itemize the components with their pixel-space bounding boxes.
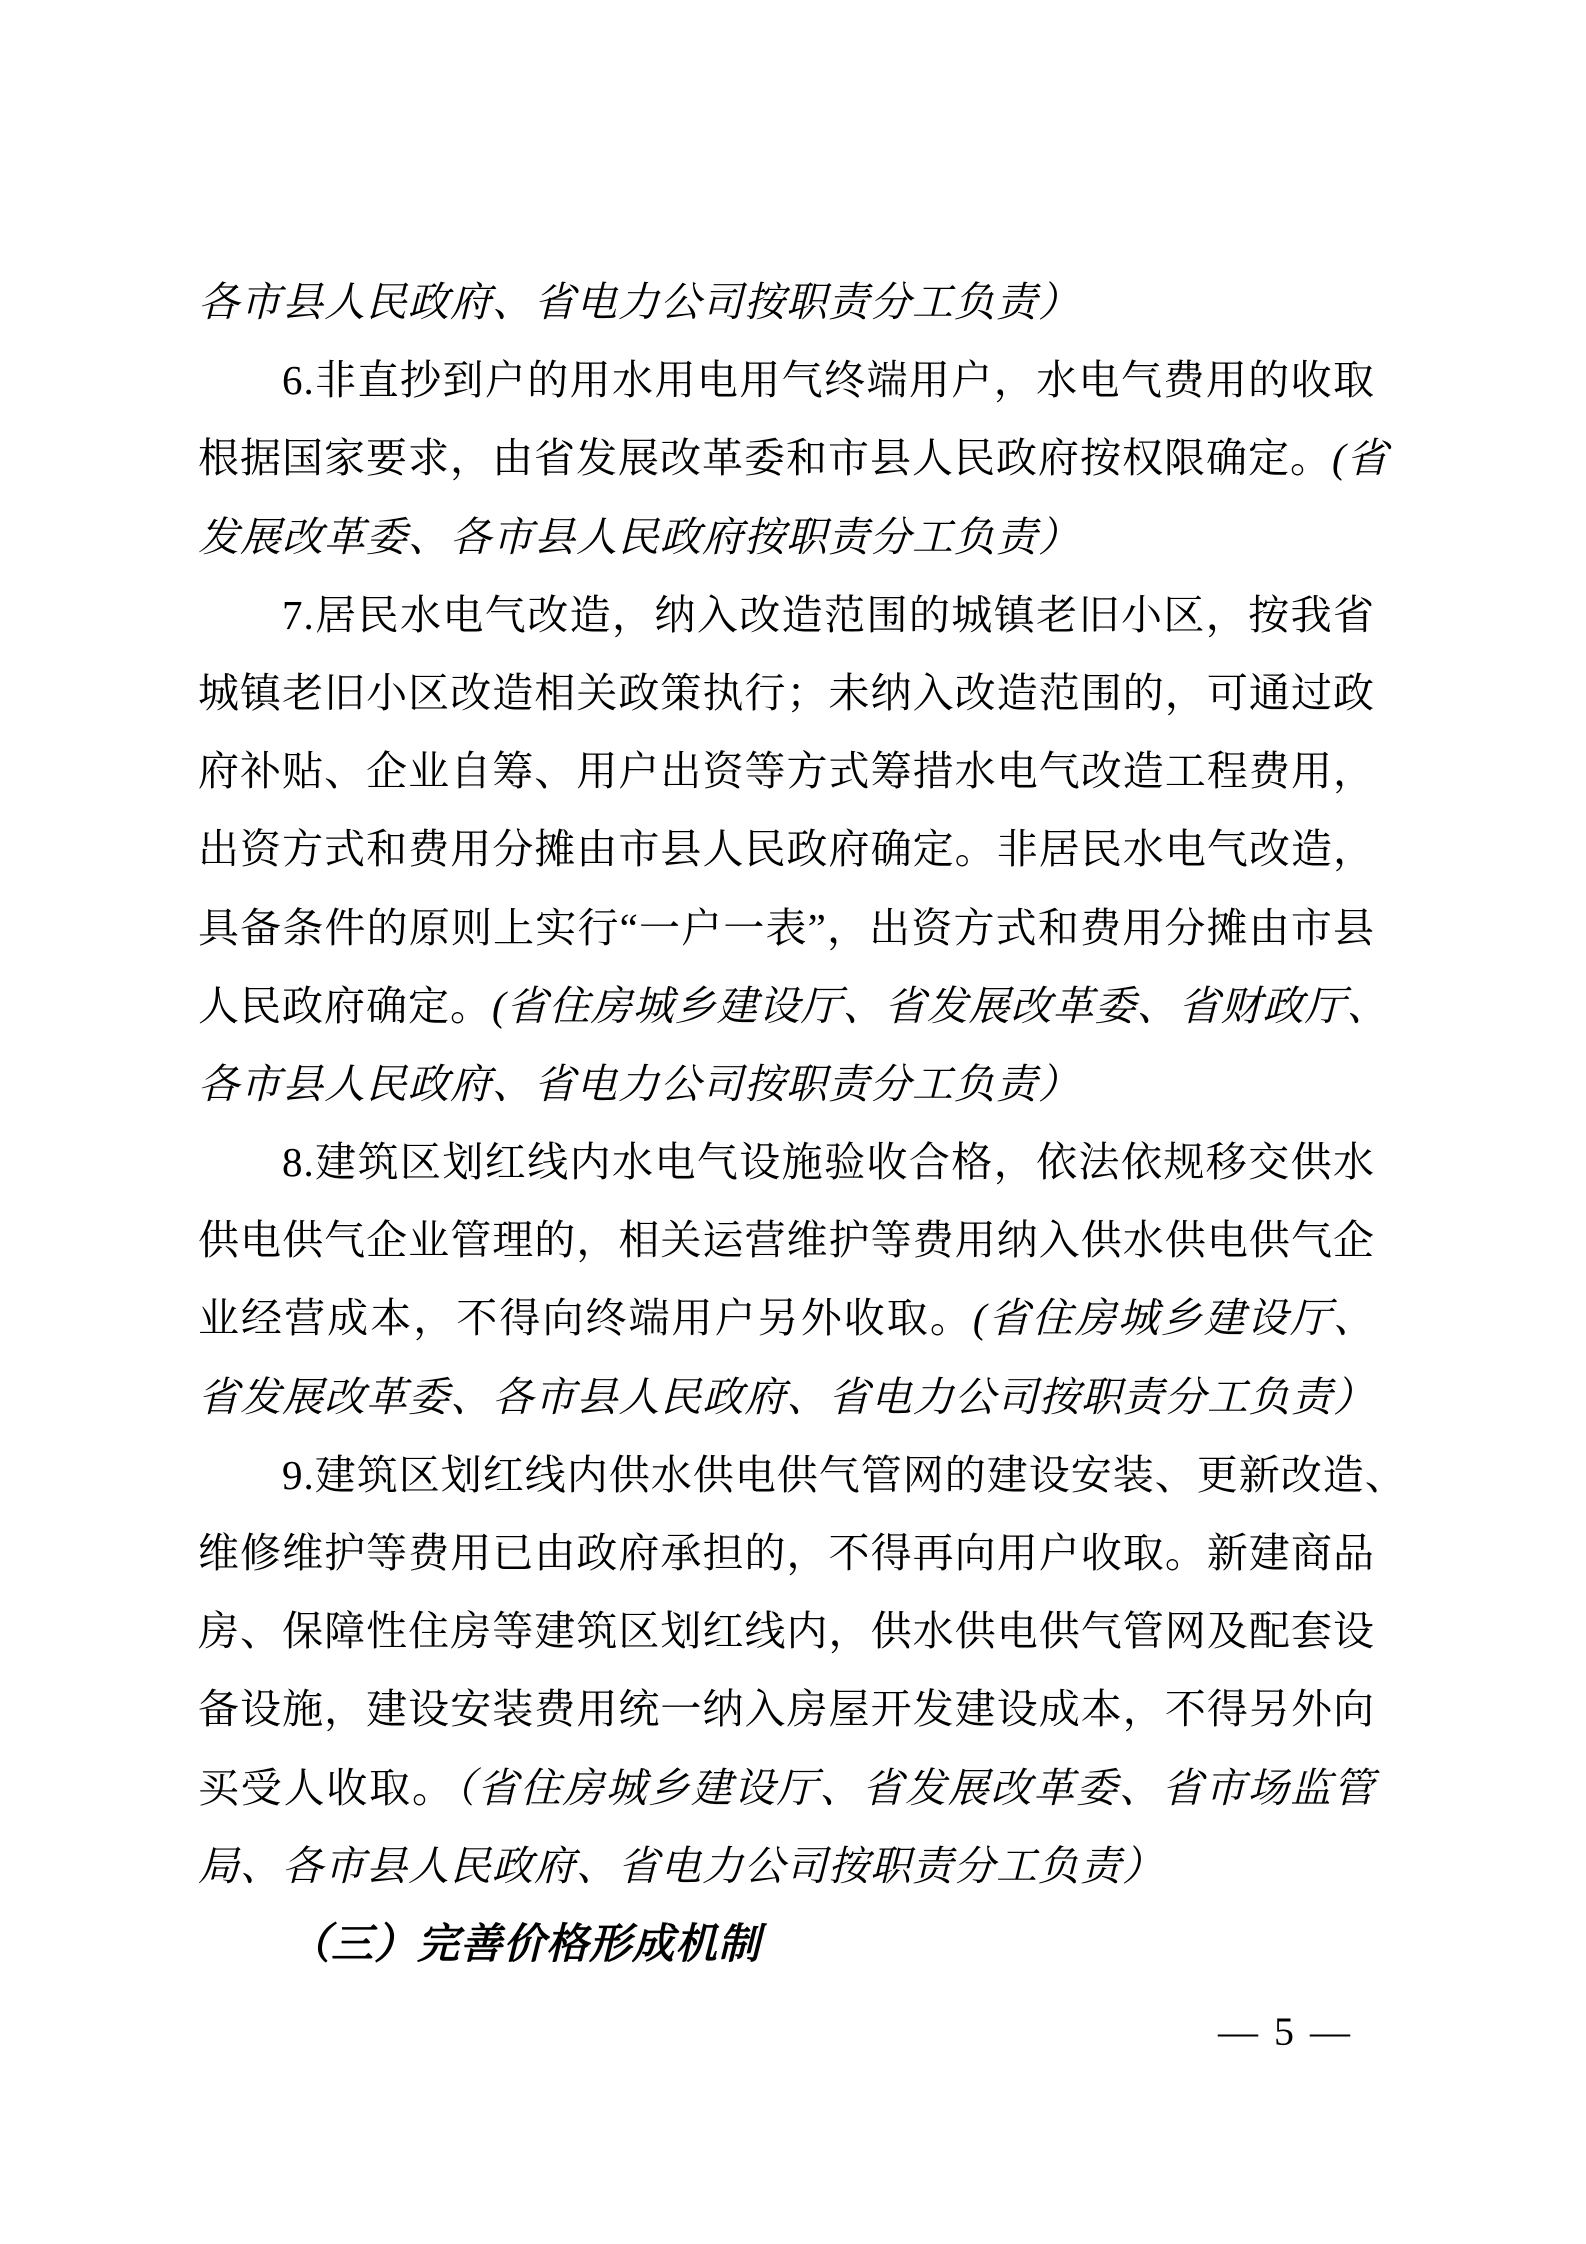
body-run: 具备条件的原则上实行“一户一表”，出资方式和费用分摊由市县: [198, 905, 1375, 951]
text-line: 房、保障性住房等建筑区划红线内，供水供电供气管网及配套设: [198, 1592, 1375, 1670]
kai-run: 局、各市县人民政府、省电力公司按职责分工负责）: [198, 1843, 1164, 1889]
text-line: 维修维护等费用已由政府承担的，不得再向用户收取。新建商品: [198, 1514, 1375, 1592]
text-line: 6.非直抄到户的用水用电用气终端用户，水电气费用的收取: [198, 341, 1375, 419]
text-line: 备设施，建设安装费用统一纳入房屋开发建设成本，不得另外向: [198, 1670, 1375, 1748]
body-run: 8.建筑区划红线内水电气设施验收合格，依法依规移交供水: [282, 1139, 1375, 1185]
kai-run: 各市县人民政府、省电力公司按职责分工负责）: [198, 1061, 1080, 1107]
text-line: 人民政府确定。(省住房城乡建设厅、省发展改革委、省财政厅、: [198, 967, 1375, 1045]
text-line: 城镇老旧小区改造相关政策执行；未纳入改造范围的，可通过政: [198, 654, 1375, 732]
body-run: 供电供气企业管理的，相关运营维护等费用纳入供水供电供气企: [198, 1217, 1375, 1263]
kai-run: (省: [1332, 435, 1389, 481]
body-run: 买受人收取。: [198, 1765, 455, 1811]
text-line: 府补贴、企业自筹、用户出资等方式筹措水电气改造工程费用，: [198, 732, 1375, 810]
text-line: 局、各市县人民政府、省电力公司按职责分工负责）: [198, 1827, 1375, 1905]
body-run: 人民政府确定。: [198, 983, 492, 1029]
text-line: 根据国家要求，由省发展改革委和市县人民政府按权限确定。(省: [198, 419, 1375, 497]
body-run: 房、保障性住房等建筑区划红线内，供水供电供气管网及配套设: [198, 1608, 1375, 1654]
kai-run: (省住房城乡建设厅、省发展改革委、省财政厅、: [492, 983, 1389, 1029]
text-line: 业经营成本，不得向终端用户另外收取。(省住房城乡建设厅、: [198, 1279, 1375, 1357]
text-line: 供电供气企业管理的，相关运营维护等费用纳入供水供电供气企: [198, 1201, 1375, 1279]
text-line: 具备条件的原则上实行“一户一表”，出资方式和费用分摊由市县: [198, 889, 1375, 967]
kai-run: 各市县人民政府、省电力公司按职责分工负责）: [198, 279, 1080, 325]
body-run: 根据国家要求，由省发展改革委和市县人民政府按权限确定。: [198, 435, 1332, 481]
text-line: 各市县人民政府、省电力公司按职责分工负责）: [198, 1045, 1375, 1123]
document-page: 各市县人民政府、省电力公司按职责分工负责） 6.非直抄到户的用水用电用气终端用户…: [0, 0, 1586, 2244]
text-line: 8.建筑区划红线内水电气设施验收合格，依法依规移交供水: [198, 1123, 1375, 1201]
kai-run: （省住房城乡建设厅、省发展改革委、省市场监管: [455, 1765, 1375, 1811]
text-line: 发展改革委、各市县人民政府按职责分工负责）: [198, 498, 1375, 576]
document-body: 各市县人民政府、省电力公司按职责分工负责） 6.非直抄到户的用水用电用气终端用户…: [198, 263, 1375, 1983]
text-line: 7.居民水电气改造，纳入改造范围的城镇老旧小区，按我省: [198, 576, 1375, 654]
body-run: 备设施，建设安装费用统一纳入房屋开发建设成本，不得另外向: [198, 1686, 1375, 1732]
text-line: 买受人收取。（省住房城乡建设厅、省发展改革委、省市场监管: [198, 1749, 1375, 1827]
body-run: 7.居民水电气改造，纳入改造范围的城镇老旧小区，按我省: [282, 592, 1375, 638]
body-run: 6.非直抄到户的用水用电用气终端用户，水电气费用的收取: [282, 357, 1375, 403]
kai-run: (省住房城乡建设厅、: [973, 1295, 1375, 1341]
body-run: 府补贴、企业自筹、用户出资等方式筹措水电气改造工程费用，: [198, 748, 1375, 794]
page-number: — 5 —: [1218, 2008, 1353, 2055]
text-line: 出资方式和费用分摊由市县人民政府确定。非居民水电气改造，: [198, 810, 1375, 888]
section-heading: （三）完善价格形成机制: [288, 1922, 761, 1968]
kai-run: 省发展改革委、各市县人民政府、省电力公司按职责分工负责）: [198, 1374, 1375, 1420]
body-run: 9.建筑区划红线内供水供电供气管网的建设安装、更新改造、: [282, 1452, 1407, 1498]
text-line: 省发展改革委、各市县人民政府、省电力公司按职责分工负责）: [198, 1358, 1375, 1436]
body-run: 城镇老旧小区改造相关政策执行；未纳入改造范围的，可通过政: [198, 670, 1375, 716]
section-heading-line: （三）完善价格形成机制: [198, 1905, 1375, 1983]
text-line: 9.建筑区划红线内供水供电供气管网的建设安装、更新改造、: [198, 1436, 1375, 1514]
body-run: 业经营成本，不得向终端用户另外收取。: [198, 1295, 973, 1341]
kai-run: 发展改革委、各市县人民政府按职责分工负责）: [198, 514, 1080, 560]
body-run: 出资方式和费用分摊由市县人民政府确定。非居民水电气改造，: [198, 826, 1375, 872]
body-run: 维修维护等费用已由政府承担的，不得再向用户收取。新建商品: [198, 1530, 1375, 1576]
text-line: 各市县人民政府、省电力公司按职责分工负责）: [198, 263, 1375, 341]
